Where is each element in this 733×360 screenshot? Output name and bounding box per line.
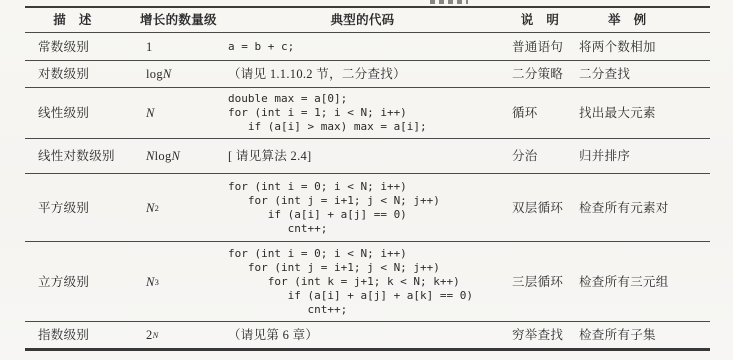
cell-note: 二分策略 [510,61,578,87]
cell-code: for (int i = 0; i < N; i++) for (int j =… [225,242,510,321]
cell-example: 将两个数相加 [578,33,710,60]
table-header-row: 描 述 增长的数量级 典型的代码 说 明 举 例 [25,8,710,33]
cell-example: 检查所有元素对 [578,174,710,241]
header-example: 举 例 [578,8,710,32]
header-typical-code: 典型的代码 [225,8,510,32]
cell-code: （请见第 6 章） [225,322,510,348]
cell-code: for (int i = 0; i < N; i++) for (int j =… [225,174,510,241]
scanned-textbook-page: 描 述 增长的数量级 典型的代码 说 明 举 例 常数级别 1 a = b + … [0,0,733,360]
cell-description: 对数级别 [25,61,138,87]
cell-note: 普通语句 [510,33,578,60]
cell-example: 归并排序 [578,139,710,173]
growth-notation: 1 [138,33,225,60]
cell-example: 二分查找 [578,61,710,87]
growth-notation: N2 [138,174,225,241]
cell-description: 指数级别 [25,322,138,348]
order-of-growth-table: 描 述 增长的数量级 典型的代码 说 明 举 例 常数级别 1 a = b + … [25,6,710,351]
cell-example: 检查所有三元组 [578,242,710,321]
growth-notation: 2N [138,322,225,348]
header-description: 描 述 [25,8,138,32]
table-row-logarithmic: 对数级别 log N （请见 1.1.10.2 节，二分查找） 二分策略 二分查… [25,61,710,88]
cell-description: 平方级别 [25,174,138,241]
cell-note: 分治 [510,139,578,173]
cell-code: a = b + c; [225,33,510,60]
cell-description: 线性对数级别 [25,139,138,173]
table-row-quadratic: 平方级别 N2 for (int i = 0; i < N; i++) for … [25,174,710,242]
header-note: 说 明 [510,8,578,32]
cell-note: 三层循环 [510,242,578,321]
cell-note: 双层循环 [510,174,578,241]
cell-code: [ 请见算法 2.4] [225,139,510,173]
cell-code: （请见 1.1.10.2 节，二分查找） [225,61,510,87]
growth-notation: N log N [138,139,225,173]
table-row-exponential: 指数级别 2N （请见第 6 章） 穷举查找 检查所有子集 [25,322,710,348]
cell-note: 穷举查找 [510,322,578,348]
cell-description: 线性级别 [25,88,138,138]
table-row-linear: 线性级别 N double max = a[0]; for (int i = 1… [25,88,710,139]
table-row-linearithmic: 线性对数级别 N log N [ 请见算法 2.4] 分治 归并排序 [25,139,710,174]
cell-description: 常数级别 [25,33,138,60]
table-row-cubic: 立方级别 N3 for (int i = 0; i < N; i++) for … [25,242,710,322]
page-top-print-fragment [430,0,468,4]
cell-note: 循环 [510,88,578,138]
cell-description: 立方级别 [25,242,138,321]
growth-notation: N [138,88,225,138]
cell-example: 检查所有子集 [578,322,710,348]
growth-notation: N3 [138,242,225,321]
growth-notation: log N [138,61,225,87]
cell-code: double max = a[0]; for (int i = 1; i < N… [225,88,510,138]
header-order-of-growth: 增长的数量级 [138,8,225,32]
cell-example: 找出最大元素 [578,88,710,138]
table-row-constant: 常数级别 1 a = b + c; 普通语句 将两个数相加 [25,33,710,61]
